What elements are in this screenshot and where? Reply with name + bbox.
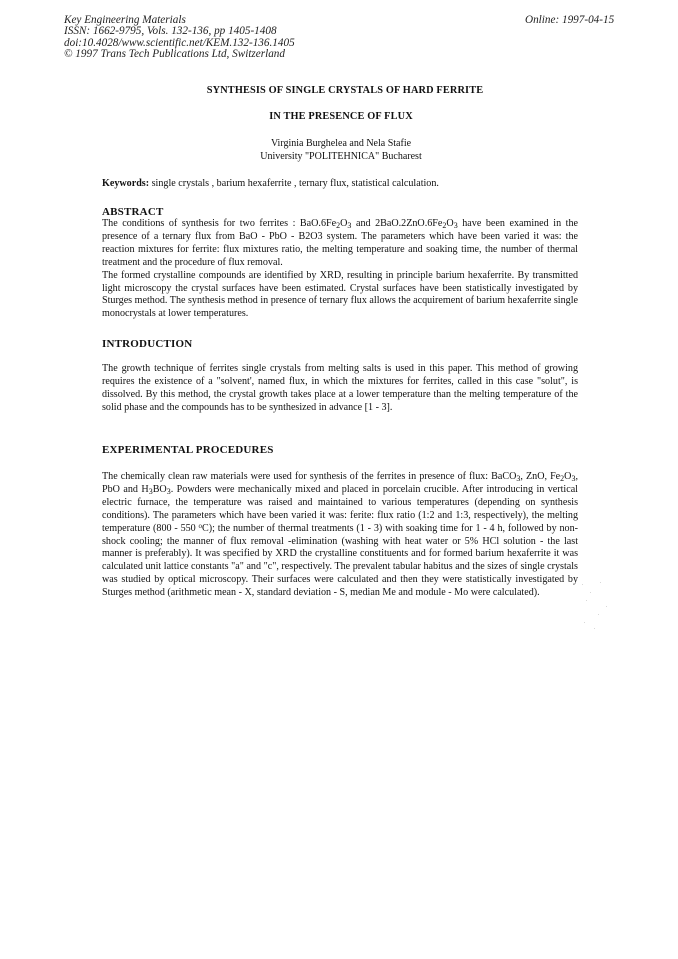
experimental-paragraph: The chemically clean raw materials were … [102,471,578,600]
keywords-label: Keywords: [102,178,149,189]
authors: Virginia Burghelea and Nela Stafie [4,138,678,151]
online-date: Online: 1997-04-15 [525,15,614,26]
copyright-line: © 1997 Trans Tech Publications Ltd, Swit… [64,49,295,60]
abstract-paragraph-2: The formed crystalline compounds are ide… [102,270,578,322]
affiliation: University "POLITEHNICA" Bucharest [4,151,678,164]
experimental-body: The chemically clean raw materials were … [102,471,578,600]
abstract-heading: ABSTRACT [102,206,164,218]
introduction-paragraph: The growth technique of ferrites single … [102,363,578,415]
keywords-text: single crystals , barium hexaferrite , t… [149,178,439,189]
introduction-heading: INTRODUCTION [102,338,192,350]
paper-title-line-2: IN THE PRESENCE OF FLUX [2,111,678,122]
introduction-body: The growth technique of ferrites single … [102,363,578,415]
experimental-heading: EXPERIMENTAL PROCEDURES [102,444,274,456]
author-block: Virginia Burghelea and Nela Stafie Unive… [0,138,678,163]
abstract-paragraph-1: The conditions of synthesis for two ferr… [102,218,578,270]
journal-header: Key Engineering Materials ISSN: 1662-979… [64,15,295,61]
abstract-body: The conditions of synthesis for two ferr… [102,218,578,321]
scan-noise [578,578,618,638]
paper-title-line-1: SYNTHESIS OF SINGLE CRYSTALS OF HARD FER… [6,85,678,96]
keywords: Keywords: single crystals , barium hexaf… [102,178,578,191]
